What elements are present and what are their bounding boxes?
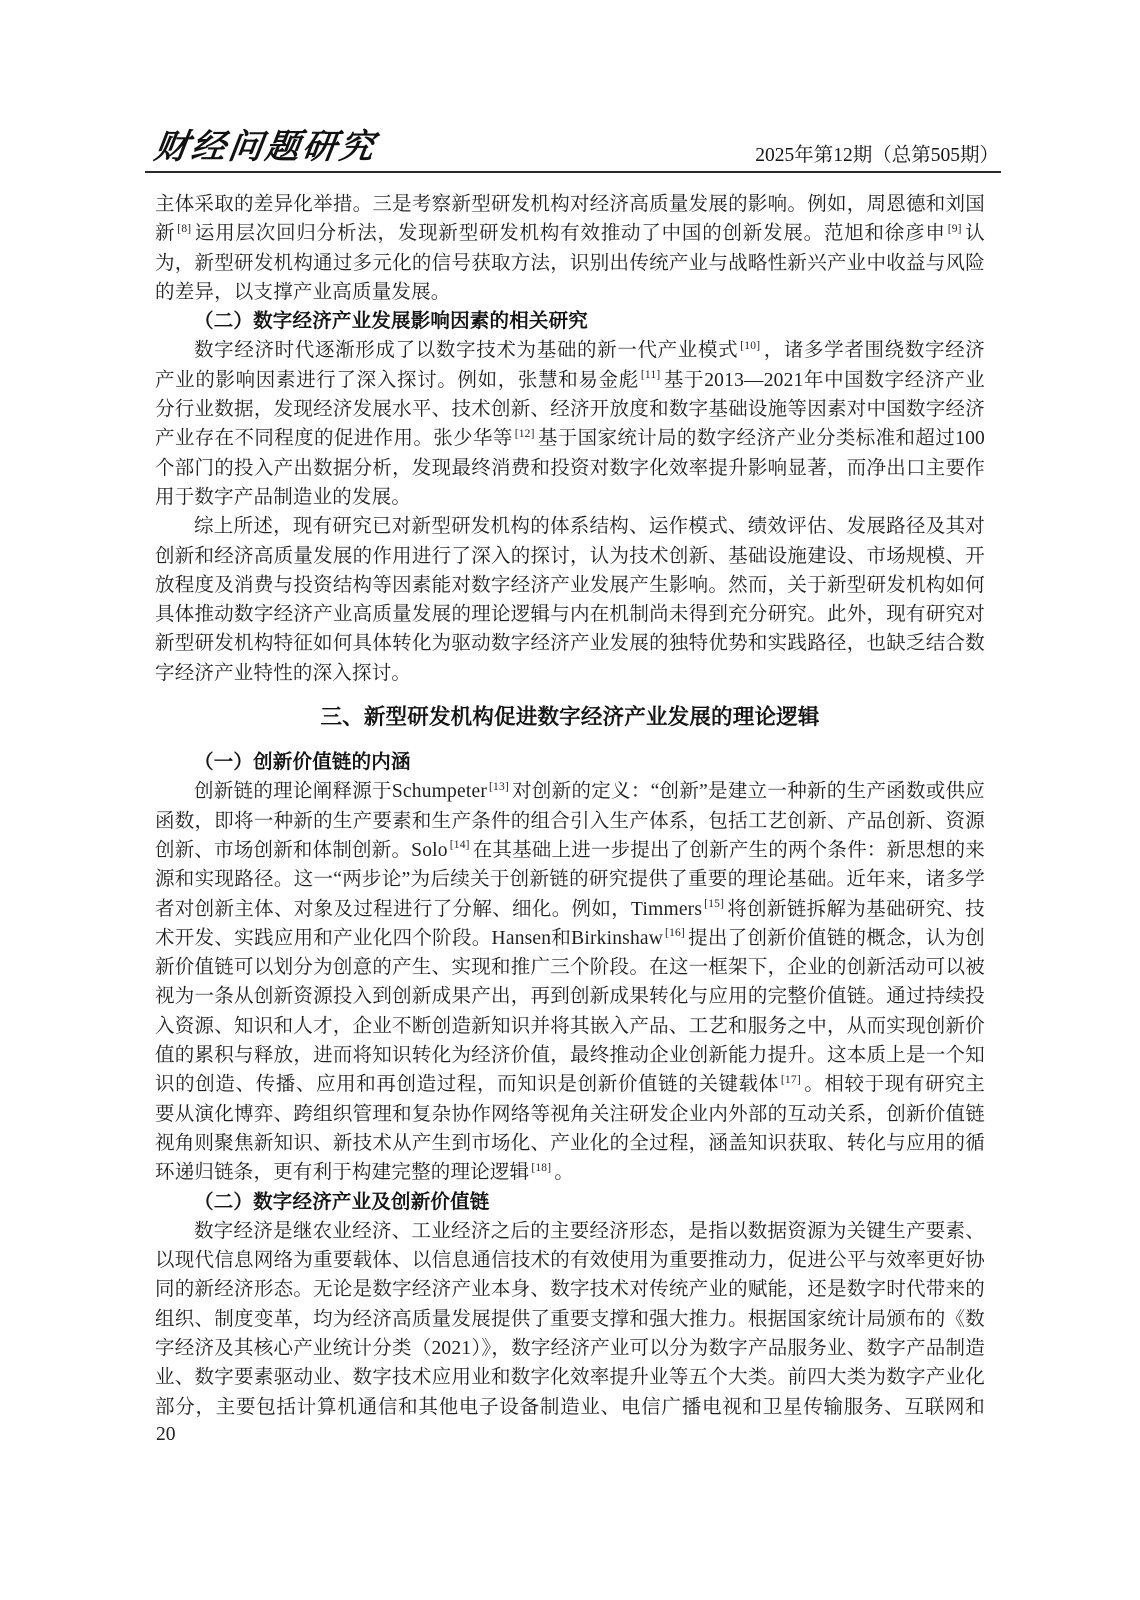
citation-ref: [14] — [448, 839, 473, 851]
citation-ref: [10] — [738, 340, 763, 352]
issue-info: 2025年第12期（总第505期） — [755, 139, 999, 167]
journal-page: 财经问题研究 2025年第12期（总第505期） 主体采取的差异化举措。三是考察… — [0, 0, 1140, 1600]
citation-ref: [13] — [487, 781, 512, 793]
section-heading: 三、新型研发机构促进数字经济产业发展的理论逻辑 — [155, 700, 985, 734]
body-paragraph: 主体采取的差异化举措。三是考察新型研发机构对经济高质量发展的影响。例如，周恩德和… — [155, 190, 985, 307]
citation-ref: [15] — [702, 898, 727, 910]
citation-ref: [18] — [529, 1162, 554, 1174]
subsection-heading: （一）创新价值链的内涵 — [155, 748, 985, 777]
subsection-heading: （二）数字经济产业发展影响因素的相关研究 — [155, 307, 985, 336]
citation-ref: [17] — [779, 1074, 804, 1086]
body-paragraph: 数字经济是继农业经济、工业经济之后的主要经济形态，是指以数据资源为关键生产要素、… — [155, 1217, 985, 1422]
body-paragraph: 数字经济时代逐渐形成了以数字技术为基础的新一代产业模式[10]，诸多学者围绕数字… — [155, 336, 985, 512]
citation-ref: [16] — [663, 927, 688, 939]
page-header: 财经问题研究 2025年第12期（总第505期） — [145, 124, 1001, 173]
body-paragraph: 综上所述，现有研究已对新型研发机构的体系结构、运作模式、绩效评估、发展路径及其对… — [155, 512, 985, 688]
article-body: 主体采取的差异化举措。三是考察新型研发机构对经济高质量发展的影响。例如，周恩德和… — [155, 190, 985, 1422]
page-number: 20 — [156, 1424, 176, 1446]
journal-logo: 财经问题研究 — [152, 119, 381, 168]
citation-ref: [11] — [639, 369, 664, 381]
citation-ref: [9] — [946, 223, 965, 235]
citation-ref: [12] — [513, 428, 538, 440]
body-paragraph: 创新链的理论阐释源于Schumpeter[13]对创新的定义：“创新”是建立一种… — [155, 777, 985, 1187]
subsection-heading: （二）数字经济产业及创新价值链 — [155, 1188, 985, 1217]
citation-ref: [8] — [175, 223, 194, 235]
